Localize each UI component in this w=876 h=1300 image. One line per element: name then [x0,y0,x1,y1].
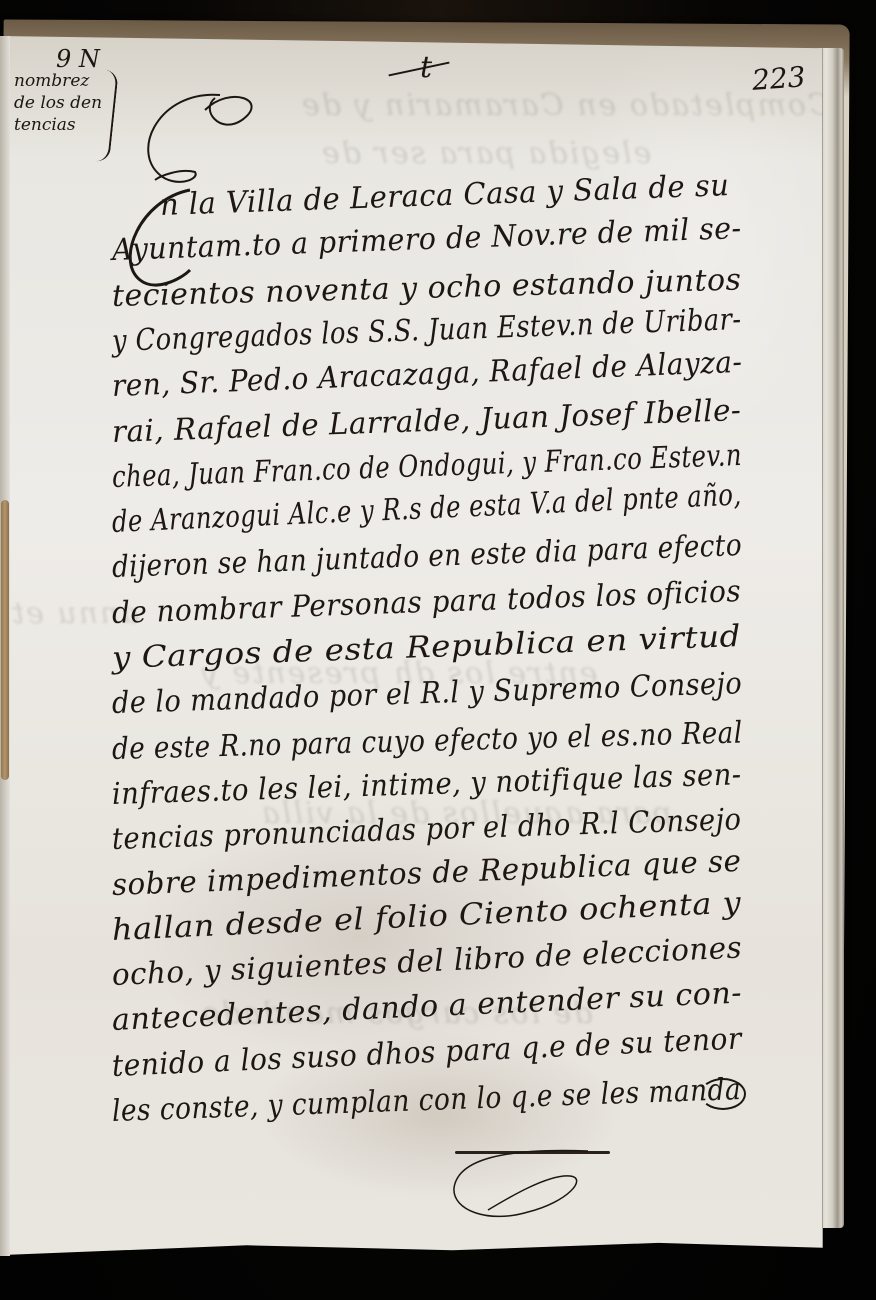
manuscript-text-tail [0,0,822,1260]
line-end-flourish-icon [700,1078,746,1110]
closing-flourish-icon [448,1148,598,1226]
